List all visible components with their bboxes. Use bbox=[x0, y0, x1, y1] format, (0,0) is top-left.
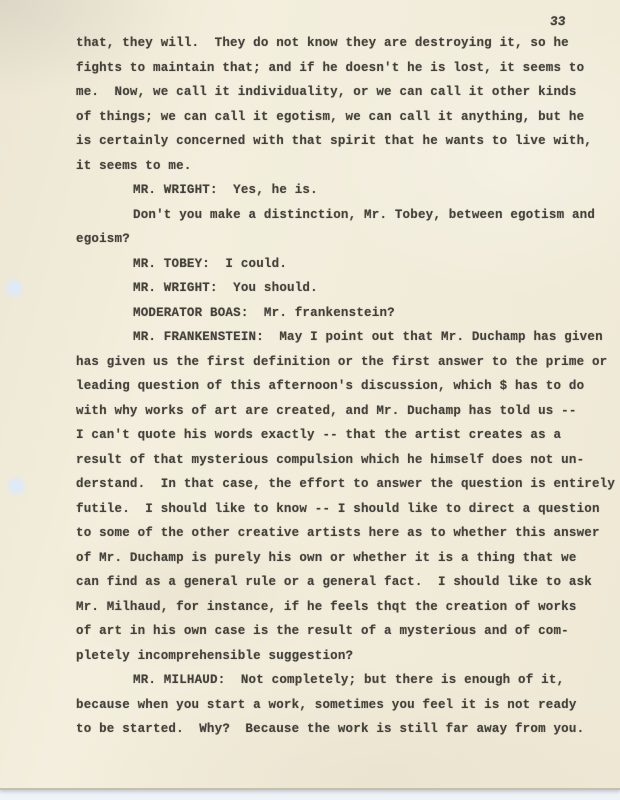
text-line: MR. MILHAUD: Not completely; but there i… bbox=[76, 668, 610, 693]
text-line: Don't you make a distinction, Mr. Tobey,… bbox=[76, 203, 610, 228]
text-line: MR. WRIGHT: Yes, he is. bbox=[76, 178, 610, 203]
punch-hole bbox=[7, 479, 22, 494]
text-line: derstand. In that case, the effort to an… bbox=[76, 472, 610, 497]
text-line: MR. FRANKENSTEIN: May I point out that M… bbox=[76, 325, 610, 350]
text-line: to some of the other creative artists he… bbox=[76, 521, 610, 546]
text-line: result of that mysterious compulsion whi… bbox=[76, 448, 610, 473]
text-line: with why works of art are created, and M… bbox=[76, 399, 610, 424]
text-line: fights to maintain that; and if he doesn… bbox=[76, 56, 610, 81]
text-line: to be started. Why? Because the work is … bbox=[76, 717, 610, 742]
document-page: 33 that, they will. They do not know the… bbox=[0, 0, 620, 790]
text-line: MODERATOR BOAS: Mr. frankenstein? bbox=[76, 301, 610, 326]
text-line: has given us the first definition or the… bbox=[76, 350, 610, 375]
text-line: leading question of this afternoon's dis… bbox=[76, 374, 610, 399]
text-line: MR. TOBEY: I could. bbox=[76, 252, 610, 277]
text-line: pletely incomprehensible suggestion? bbox=[76, 644, 610, 669]
page-number: 33 bbox=[549, 14, 566, 29]
text-line: Mr. Milhaud, for instance, if he feels t… bbox=[76, 595, 610, 620]
text-line: I can't quote his words exactly -- that … bbox=[76, 423, 610, 448]
text-line: it seems to me. bbox=[76, 154, 610, 179]
text-line: of things; we can call it egotism, we ca… bbox=[76, 105, 610, 130]
text-line: that, they will. They do not know they a… bbox=[76, 31, 610, 56]
text-line: egoism? bbox=[76, 227, 610, 252]
text-line: because when you start a work, sometimes… bbox=[76, 693, 610, 718]
transcript-text: that, they will. They do not know they a… bbox=[76, 31, 610, 742]
text-line: of art in his own case is the result of … bbox=[76, 619, 610, 644]
text-line: of Mr. Duchamp is purely his own or whet… bbox=[76, 546, 610, 571]
text-line: MR. WRIGHT: You should. bbox=[76, 276, 610, 301]
text-line: futile. I should like to know -- I shoul… bbox=[76, 497, 610, 522]
text-line: can find as a general rule or a general … bbox=[76, 570, 610, 595]
text-line: me. Now, we call it individuality, or we… bbox=[76, 80, 610, 105]
text-line: is certainly concerned with that spirit … bbox=[76, 129, 610, 154]
punch-hole bbox=[7, 281, 22, 296]
